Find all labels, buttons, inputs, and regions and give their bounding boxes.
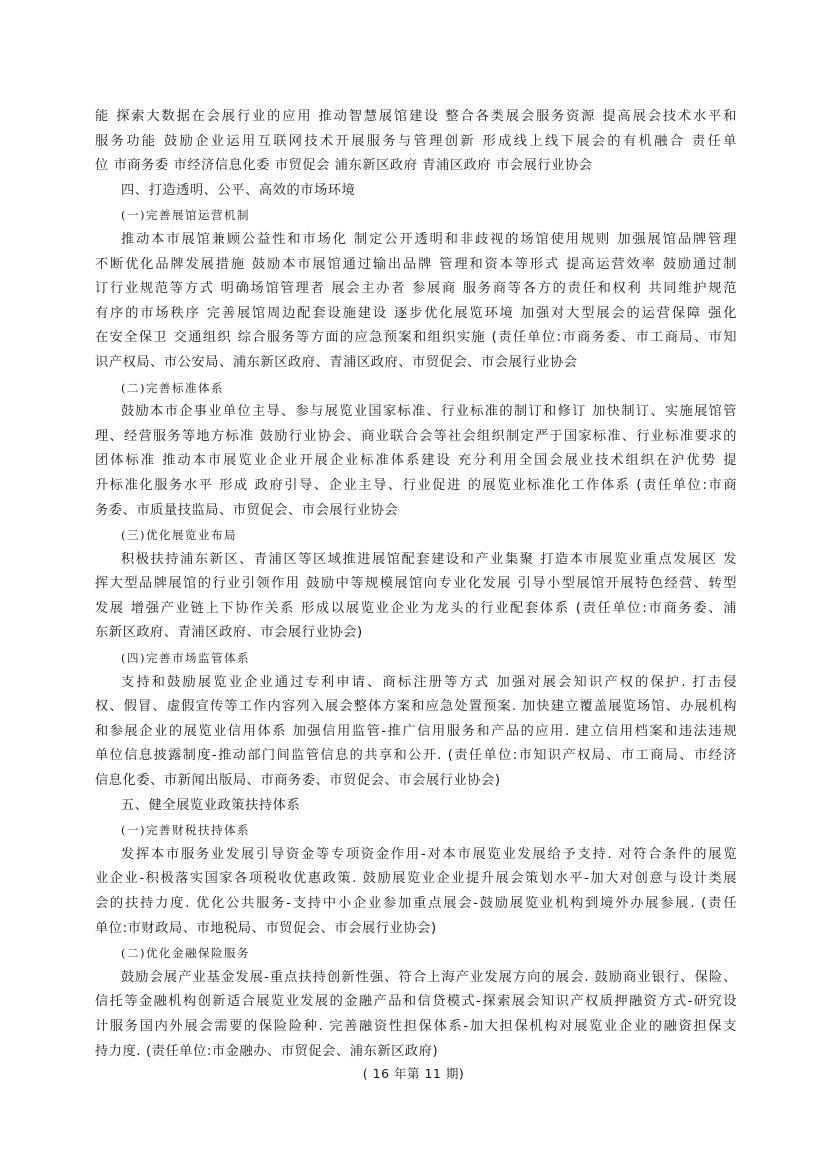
text-line: 支持和鼓励展览业企业通过专利申请、商标注册等方式 加强对展会知识产权的保护. 打… <box>95 671 737 696</box>
text-line: 发展 增强产业链上下协作关系 形成以展览业企业为龙头的行业配套体系 (责任单位:… <box>95 597 737 622</box>
subsection-heading: (四)完善市场监管体系 <box>95 646 737 671</box>
subsection-heading: (一)完善财税扶持体系 <box>95 818 737 843</box>
text-line: 鼓励会展产业基金发展-重点扶持创新性强、符合上海产业发展方向的展会. 鼓励商业银… <box>95 966 737 991</box>
text-line: 订行业规范等方式 明确场馆管理者 展会主办者 参展商 服务商等各方的责任和权利 … <box>95 277 737 302</box>
text-line: 识产权局、市公安局、浦东新区政府、青浦区政府、市贸促会、市会展行业协会 <box>95 351 737 376</box>
text-line: 挥大型品牌展馆的行业引领作用 鼓励中等规模展馆向专业化发展 引导小型展馆开展特色… <box>95 572 737 597</box>
text-line: 积极扶持浦东新区、青浦区等区域推进展馆配套建设和产业集聚 打造本市展览业重点发展… <box>95 548 737 573</box>
text-line: 会的扶持力度. 优化公共服务-支持中小企业参加重点展会-鼓励展览业机构到境外办展… <box>95 892 737 917</box>
text-line: 理、经营服务等地方标准 鼓励行业协会、商业联合会等社会组织制定严于国家标准、行业… <box>95 425 737 450</box>
subsection-heading: (一)完善展馆运营机制 <box>95 203 737 228</box>
text-line: 发挥本市服务业发展引导资金等专项资金作用-对本市展览业发展给予支持. 对符合条件… <box>95 843 737 868</box>
text-line: 鼓励本市企事业单位主导、参与展览业国家标准、行业标准的制订和修订 加快制订、实施… <box>95 400 737 425</box>
text-line: 有序的市场秩序 完善展馆周边配套设施建设 逐步优化展览环境 加强对大型展会的运营… <box>95 302 737 327</box>
text-line: 业企业-积极落实国家各项税收优惠政策. 鼓励展览业企业提升展会策划水平-加大对创… <box>95 867 737 892</box>
text-line: 和参展企业的展览业信用体系 加强信用监管-推广信用服务和产品的应用. 建立信用档… <box>95 720 737 745</box>
subsection-heading: (二)完善标准体系 <box>95 376 737 401</box>
section-heading: 五、健全展览业政策扶持体系 <box>95 794 737 819</box>
text-line: 位 市商务委 市经济信息化委 市贸促会 浦东新区政府 青浦区政府 市会展行业协会 <box>95 154 737 179</box>
text-line: 计服务国内外展会需要的保险险种. 完善融资性担保体系-加大担保机构对展览业企业的… <box>95 1015 737 1040</box>
issue-footer: ( 16 年第 11 期) <box>0 1064 827 1082</box>
text-line: 在安全保卫 交通组织 综合服务等方面的应急预案和组织实施 (责任单位:市商务委、… <box>95 326 737 351</box>
text-line: 团体标准 推动本市展览业企业开展企业标准体系建设 充分利用全国会展业技术组织在沪… <box>95 449 737 474</box>
text-line: 东新区政府、青浦区政府、市会展行业协会) <box>95 621 737 646</box>
text-line: 服务功能 鼓励企业运用互联网技术开展服务与管理创新 形成线上线下展会的有机融合 … <box>95 130 737 155</box>
text-line: 推动本市展馆兼顾公益性和市场化 制定公开透明和非歧视的场馆使用规则 加强展馆品牌… <box>95 228 737 253</box>
section-heading: 四、打造透明、公平、高效的市场环境 <box>95 179 737 204</box>
text-line: 权、假冒、虚假宣传等工作内容列入展会整体方案和应急处置预案. 加快建立覆盖展览场… <box>95 695 737 720</box>
text-line: 单位信息披露制度-推动部门间监管信息的共享和公开. (责任单位:市知识产权局、市… <box>95 744 737 769</box>
text-line: 持力度. (责任单位:市金融办、市贸促会、浦东新区政府) <box>95 1040 737 1065</box>
subsection-heading: (二)优化金融保险服务 <box>95 941 737 966</box>
document-body: 能 探索大数据在会展行业的应用 推动智慧展馆建设 整合各类展会服务资源 提高展会… <box>95 105 737 1064</box>
text-line: 不断优化品牌发展措施 鼓励本市展馆通过输出品牌 管理和资本等形式 提高运营效率 … <box>95 253 737 278</box>
subsection-heading: (三)优化展览业布局 <box>95 523 737 548</box>
text-line: 升标准化服务水平 形成 政府引导、企业主导、行业促进 的展览业标准化工作体系 (… <box>95 474 737 499</box>
text-line: 务委、市质量技监局、市贸促会、市会展行业协会 <box>95 499 737 524</box>
text-line: 能 探索大数据在会展行业的应用 推动智慧展馆建设 整合各类展会服务资源 提高展会… <box>95 105 737 130</box>
text-line: 单位:市财政局、市地税局、市贸促会、市会展行业协会) <box>95 917 737 942</box>
text-line: 信托等金融机构创新适合展览业发展的金融产品和信贷模式-探索展会知识产权质押融资方… <box>95 990 737 1015</box>
text-line: 信息化委、市新闻出版局、市商务委、市贸促会、市会展行业协会) <box>95 769 737 794</box>
